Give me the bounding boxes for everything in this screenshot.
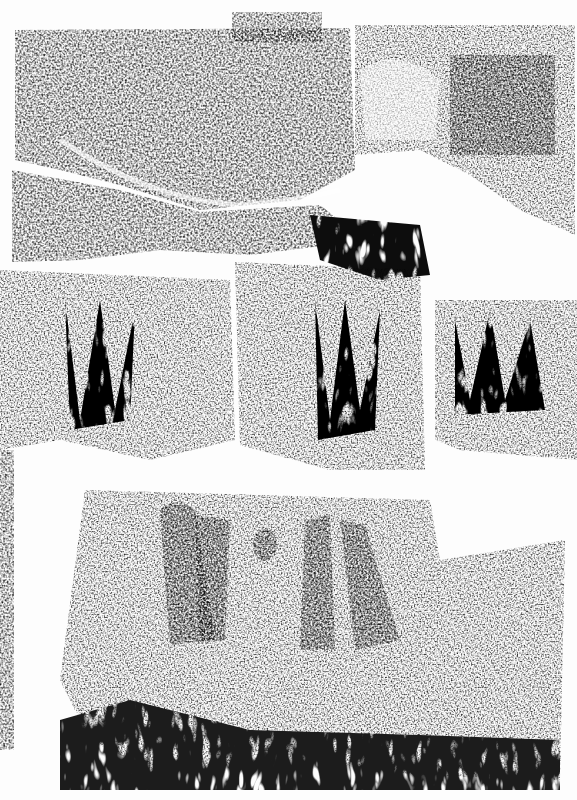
print-canvas [0,0,577,800]
bottom-band [0,450,565,790]
top-band [12,12,575,280]
artwork-print [0,0,577,800]
middle-band [0,262,577,470]
